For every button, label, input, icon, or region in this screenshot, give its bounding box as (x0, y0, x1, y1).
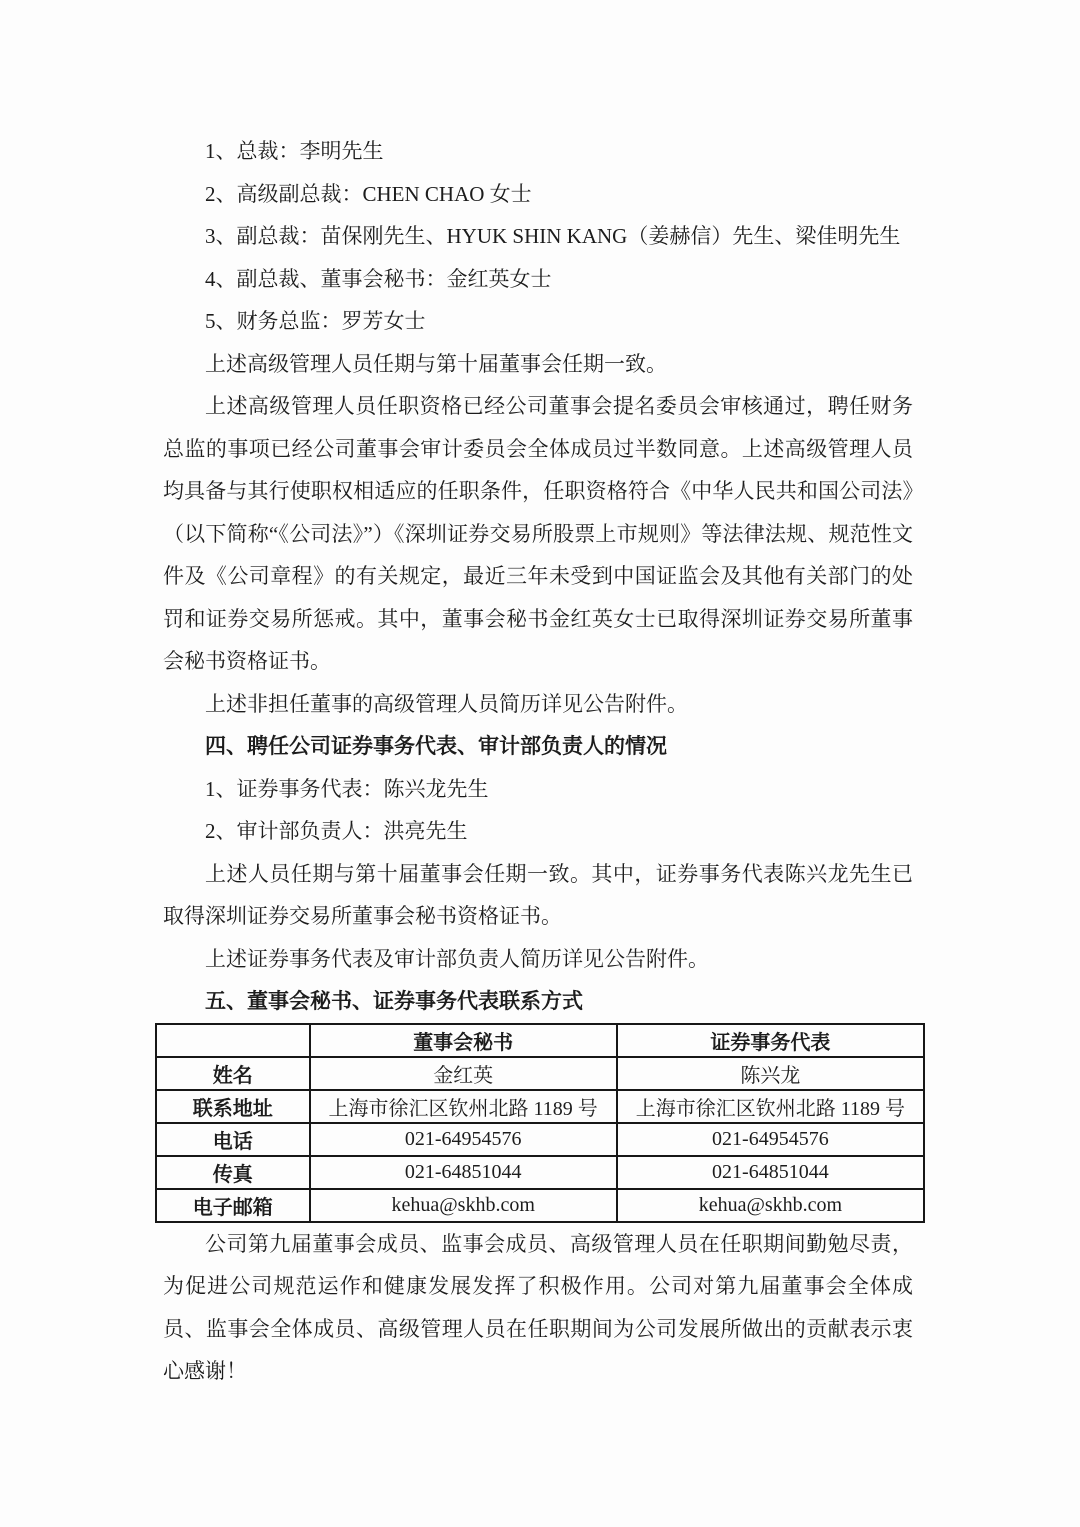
document-page: 1、总裁：李明先生 2、高级副总裁：CHEN CHAO 女士 3、副总裁：苗保刚… (0, 0, 1080, 1527)
representative-email: kehua@skhb.com (617, 1189, 924, 1222)
paragraph-rep-resume-note: 上述证券事务代表及审计部负责人简历详见公告附件。 (163, 938, 913, 981)
contact-table: 董事会秘书 证券事务代表 姓名 金红英 陈兴龙 联系地址 上海市徐汇区钦州北路 … (155, 1023, 925, 1223)
list-item-vice-presidents: 3、副总裁：苗保刚先生、HYUK SHIN KANG（姜赫信）先生、梁佳明先生 (163, 215, 913, 258)
paragraph-term-note: 上述高级管理人员任期与第十届董事会任期一致。 (163, 343, 913, 386)
secretary-name: 金红英 (310, 1057, 617, 1090)
closing-paragraph: 公司第九届董事会成员、监事会成员、高级管理人员在任职期间勤勉尽责，为促进公司规范… (163, 1223, 913, 1393)
table-row-name: 姓名 金红英 陈兴龙 (156, 1057, 924, 1090)
representative-address: 上海市徐汇区钦州北路 1189 号 (617, 1090, 924, 1123)
row-label-phone: 电话 (156, 1123, 310, 1156)
list-item-vp-board-secretary: 4、副总裁、董事会秘书：金红英女士 (163, 258, 913, 301)
section-heading-4: 四、聘任公司证券事务代表、审计部负责人的情况 (163, 725, 913, 768)
secretary-fax: 021-64851044 (310, 1156, 617, 1189)
table-row-phone: 电话 021-64954576 021-64954576 (156, 1123, 924, 1156)
section-heading-5: 五、董事会秘书、证券事务代表联系方式 (163, 980, 913, 1023)
secretary-phone: 021-64954576 (310, 1123, 617, 1156)
list-item-securities-rep: 1、证券事务代表：陈兴龙先生 (163, 768, 913, 811)
row-label-fax: 传真 (156, 1156, 310, 1189)
list-item-president: 1、总裁：李明先生 (163, 130, 913, 173)
secretary-email: kehua@skhb.com (310, 1189, 617, 1222)
table-header-row: 董事会秘书 证券事务代表 (156, 1024, 924, 1057)
row-label-address: 联系地址 (156, 1090, 310, 1123)
list-item-audit-head: 2、审计部负责人：洪亮先生 (163, 810, 913, 853)
row-label-name: 姓名 (156, 1057, 310, 1090)
document-content: 1、总裁：李明先生 2、高级副总裁：CHEN CHAO 女士 3、副总裁：苗保刚… (163, 130, 913, 1393)
representative-name: 陈兴龙 (617, 1057, 924, 1090)
table-row-address: 联系地址 上海市徐汇区钦州北路 1189 号 上海市徐汇区钦州北路 1189 号 (156, 1090, 924, 1123)
list-item-senior-vp: 2、高级副总裁：CHEN CHAO 女士 (163, 173, 913, 216)
paragraph-rep-term-note: 上述人员任期与第十届董事会任期一致。其中，证券事务代表陈兴龙先生已取得深圳证券交… (163, 853, 913, 938)
table-header-secretary: 董事会秘书 (310, 1024, 617, 1057)
list-item-cfo: 5、财务总监：罗芳女士 (163, 300, 913, 343)
table-header-representative: 证券事务代表 (617, 1024, 924, 1057)
table-header-empty (156, 1024, 310, 1057)
paragraph-resume-note: 上述非担任董事的高级管理人员简历详见公告附件。 (163, 683, 913, 726)
row-label-email: 电子邮箱 (156, 1189, 310, 1222)
paragraph-qualification: 上述高级管理人员任职资格已经公司董事会提名委员会审核通过，聘任财务总监的事项已经… (163, 385, 913, 683)
secretary-address: 上海市徐汇区钦州北路 1189 号 (310, 1090, 617, 1123)
representative-fax: 021-64851044 (617, 1156, 924, 1189)
representative-phone: 021-64954576 (617, 1123, 924, 1156)
table-row-email: 电子邮箱 kehua@skhb.com kehua@skhb.com (156, 1189, 924, 1222)
table-row-fax: 传真 021-64851044 021-64851044 (156, 1156, 924, 1189)
